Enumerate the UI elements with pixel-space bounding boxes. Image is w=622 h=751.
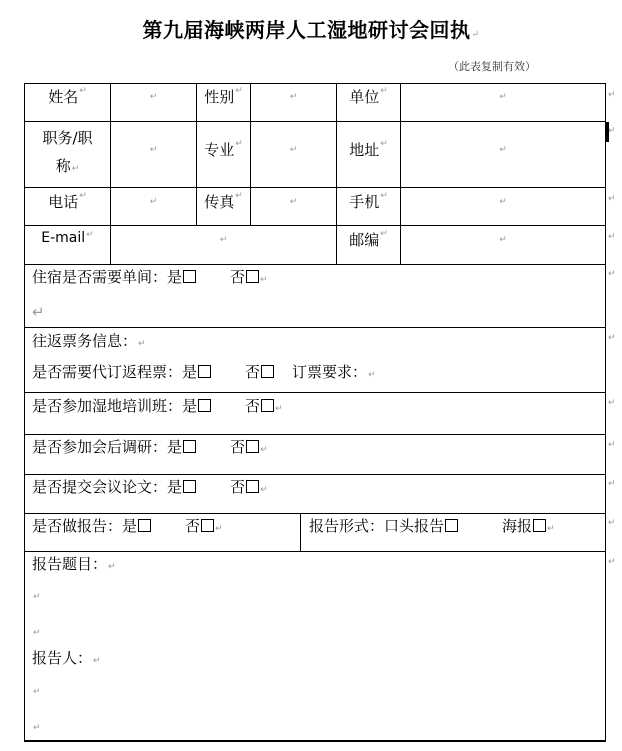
paragraph-mark: ↵ — [32, 303, 45, 321]
input-organization[interactable]: ↵ — [401, 92, 605, 120]
ticket-question: 是否需要代订返程票：是否订票要求：↵ — [32, 361, 376, 382]
input-gender[interactable]: ↵ — [251, 92, 336, 120]
table-border-bottom — [24, 740, 606, 742]
label-gender: 性别↵ — [197, 86, 250, 107]
label-email: E-mail↵ — [25, 230, 110, 246]
row-divider — [24, 121, 606, 122]
row-end-mark: ↵ — [608, 518, 616, 528]
document-title: 第九届海峡两岸人工湿地研讨会回执↵ — [0, 14, 622, 43]
row-divider — [24, 187, 606, 188]
row-end-mark: ↵ — [608, 440, 616, 450]
paper-no-checkbox[interactable] — [246, 480, 259, 493]
label-address: 地址↵ — [337, 139, 400, 160]
label-name: 姓名↵ — [25, 86, 110, 107]
input-position[interactable]: ↵ — [111, 145, 196, 185]
survey-question: 是否参加会后调研：是否↵ — [32, 436, 268, 457]
text-cursor — [606, 122, 609, 142]
table-border-right — [605, 83, 606, 742]
lodging-question: 住宿是否需要单间：是否↵ — [32, 266, 268, 287]
row-divider — [24, 264, 606, 265]
training-question: 是否参加湿地培训班：是否↵ — [32, 395, 283, 416]
survey-yes-checkbox[interactable] — [183, 440, 196, 453]
paper-yes-checkbox[interactable] — [183, 480, 196, 493]
label-fax: 传真↵ — [197, 191, 250, 212]
row-divider — [24, 225, 606, 226]
label-phone: 电话↵ — [25, 191, 110, 212]
lodging-no-checkbox[interactable] — [246, 270, 259, 283]
row-divider — [24, 327, 606, 328]
input-phone[interactable]: ↵ — [111, 197, 196, 224]
survey-no-checkbox[interactable] — [246, 440, 259, 453]
row-divider — [24, 513, 606, 514]
label-postcode: 邮编↵ — [337, 229, 400, 250]
row-divider — [24, 551, 606, 552]
input-address[interactable]: ↵ — [401, 145, 605, 185]
input-postcode[interactable]: ↵ — [401, 235, 605, 263]
input-email[interactable]: ↵ — [111, 235, 336, 263]
row-divider — [24, 392, 606, 393]
row-end-mark: ↵ — [608, 126, 616, 136]
row-end-mark: ↵ — [608, 557, 616, 567]
row-end-mark: ↵ — [608, 194, 616, 204]
paper-question: 是否提交会议论文：是否↵ — [32, 476, 268, 497]
report-title-label: 报告题目：↵ — [32, 553, 116, 574]
report-title-input[interactable]: ↵↵ — [32, 585, 592, 625]
input-mobile[interactable]: ↵ — [401, 197, 605, 224]
row-end-mark: ↵ — [608, 90, 616, 100]
row-end-mark: ↵ — [608, 269, 616, 279]
row-end-mark: ↵ — [608, 479, 616, 489]
ticket-no-checkbox[interactable] — [261, 365, 274, 378]
report-no-checkbox[interactable] — [201, 519, 214, 532]
document-subtitle: （此表复制有效） — [448, 58, 536, 74]
lodging-yes-checkbox[interactable] — [183, 270, 196, 283]
ticket-yes-checkbox[interactable] — [198, 365, 211, 378]
report-yes-checkbox[interactable] — [138, 519, 151, 532]
report-oral-checkbox[interactable] — [445, 519, 458, 532]
label-major: 专业↵ — [197, 139, 250, 160]
row-end-mark: ↵ — [608, 398, 616, 408]
row-divider — [24, 434, 606, 435]
input-fax[interactable]: ↵ — [251, 197, 336, 224]
input-name[interactable]: ↵ — [111, 92, 196, 120]
col-divider — [300, 513, 301, 551]
row-end-mark: ↵ — [608, 232, 616, 242]
label-mobile: 手机↵ — [337, 191, 400, 212]
training-yes-checkbox[interactable] — [198, 399, 211, 412]
label-organization: 单位↵ — [337, 86, 400, 107]
report-poster-checkbox[interactable] — [533, 519, 546, 532]
reporter-label: 报告人：↵ — [32, 647, 101, 668]
input-major[interactable]: ↵ — [251, 145, 336, 185]
report-question: 是否做报告：是否↵ — [32, 515, 223, 536]
row-divider — [24, 474, 606, 475]
table-border-top — [24, 83, 606, 84]
label-position: 职务/职 称↵ — [25, 124, 110, 183]
row-end-mark: ↵ — [608, 333, 616, 343]
report-format: 报告形式：口头报告海报↵ — [309, 515, 555, 536]
training-no-checkbox[interactable] — [261, 399, 274, 412]
ticket-heading: 往返票务信息：↵ — [32, 330, 146, 351]
reporter-input[interactable]: ↵↵ — [32, 680, 592, 730]
